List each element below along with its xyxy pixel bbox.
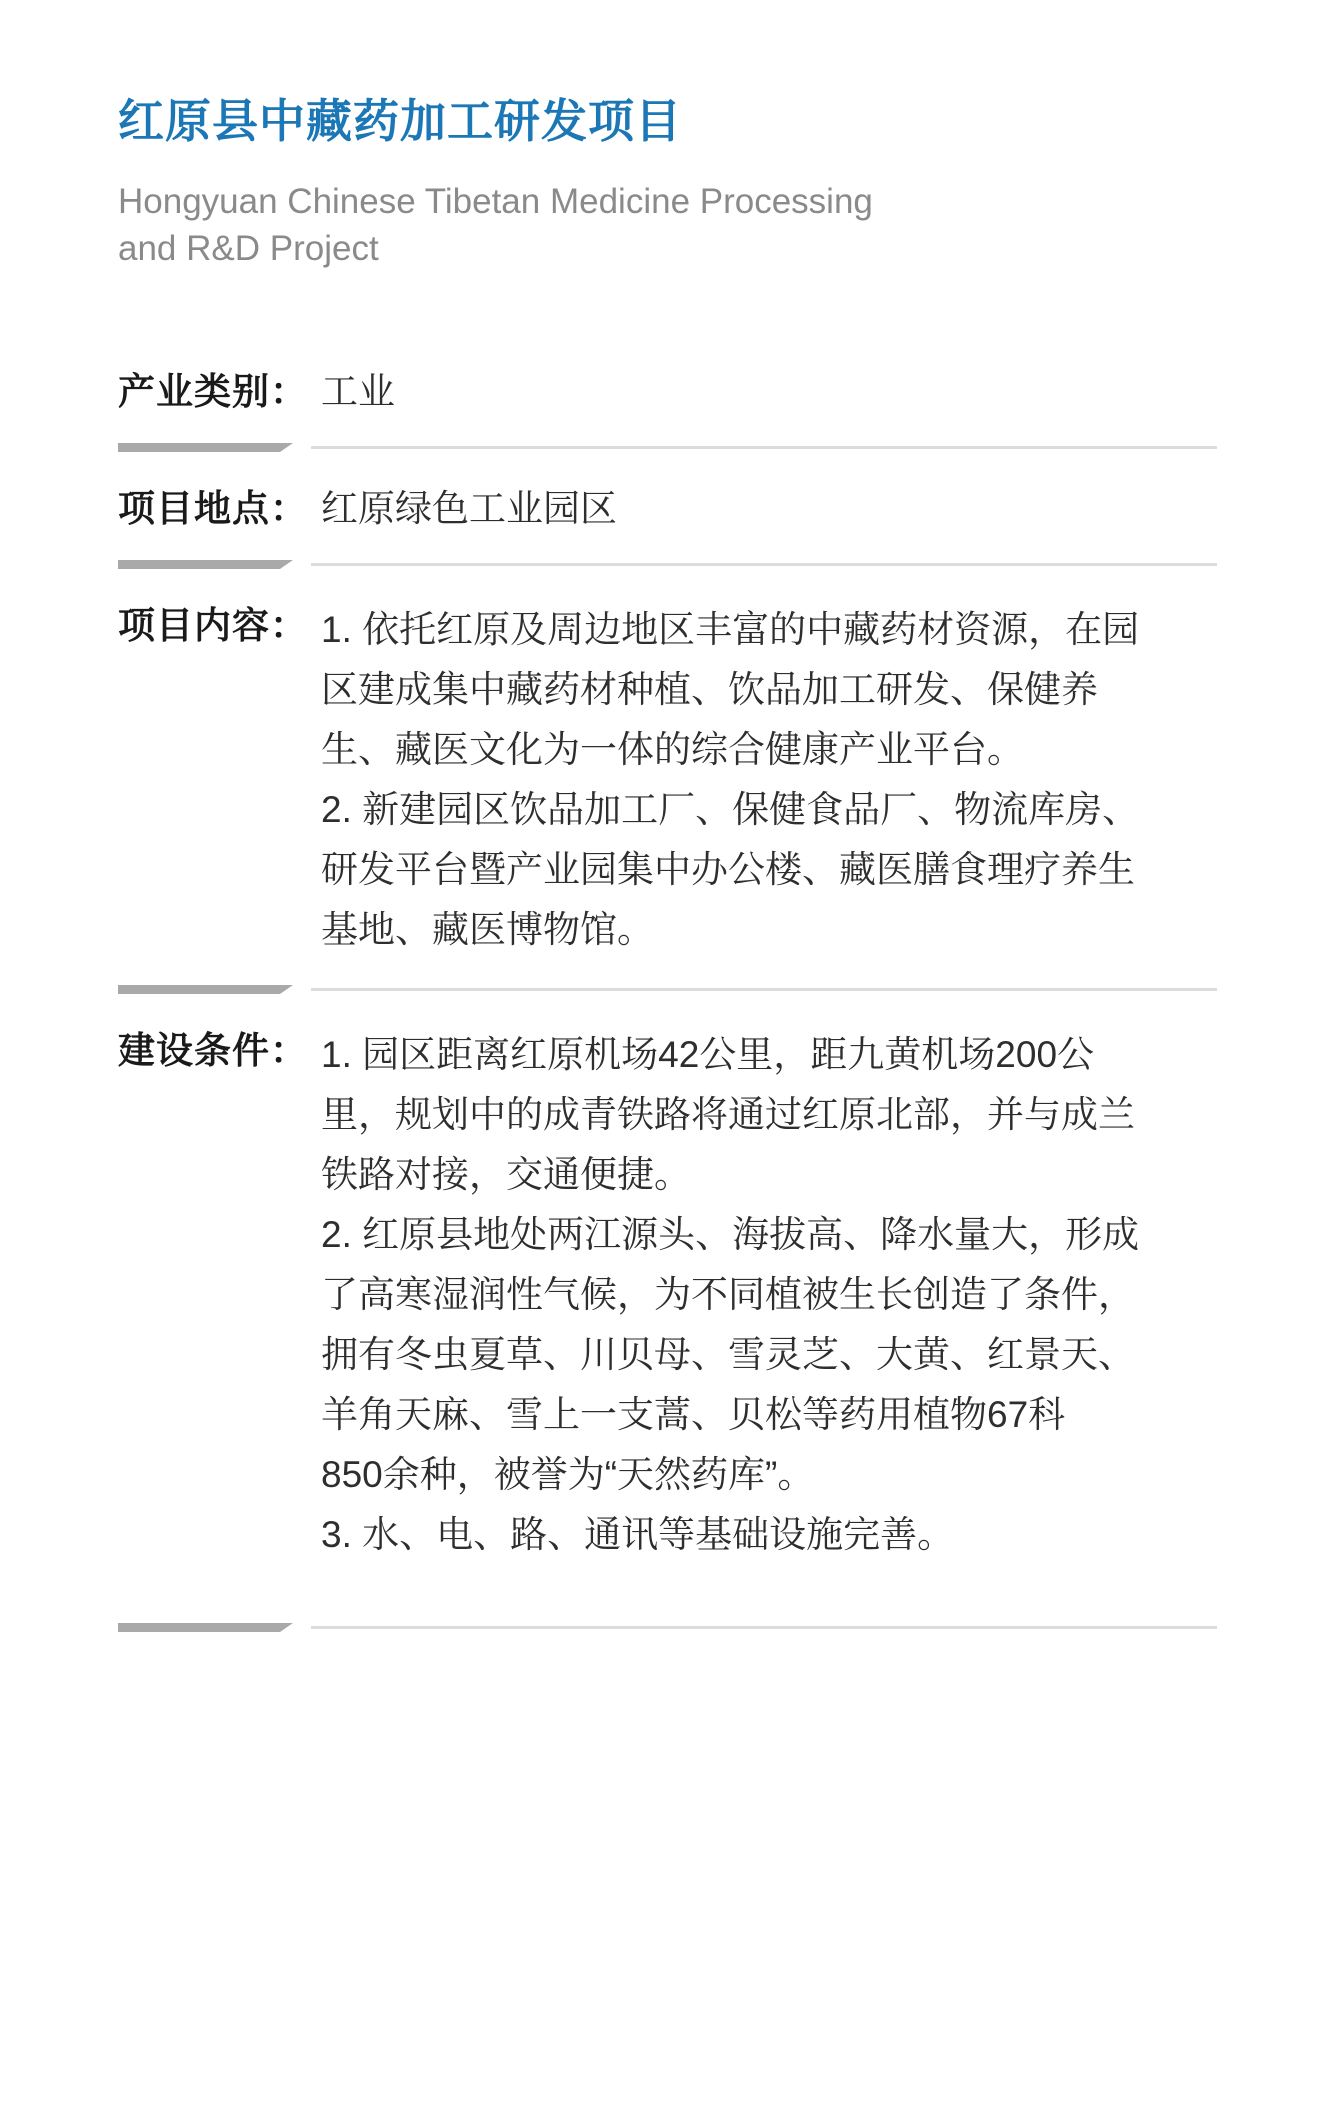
divider-line	[311, 446, 1217, 449]
section-row-project-content: 项目内容： 1. 依托红原及周边地区丰富的中藏药材资源，在园 区建成集中藏药材种…	[118, 600, 1217, 960]
content-line: 拥有冬虫夏草、川贝母、雪灵芝、大黄、红景天、	[321, 1325, 1217, 1385]
divider-bar	[118, 985, 293, 994]
content-line: 3. 水、电、路、通讯等基础设施完善。	[321, 1505, 1217, 1565]
content-line: 铁路对接，交通便捷。	[321, 1145, 1217, 1205]
document-page: 红原县中藏药加工研发项目 Hongyuan Chinese Tibetan Me…	[0, 0, 1334, 2102]
divider-line	[311, 1626, 1217, 1629]
content-line: 红原绿色工业园区	[321, 483, 1217, 535]
divider-bar	[118, 560, 293, 569]
section-list: 产业类别： 工业 项目地点： 红原绿色工业园区	[118, 366, 1217, 1632]
divider-line	[311, 563, 1217, 566]
section-label: 项目内容：	[118, 600, 321, 652]
section-label: 项目地点：	[118, 483, 321, 535]
section-content: 1. 园区距离红原机场42公里，距九黄机场200公 里，规划中的成青铁路将通过红…	[321, 1025, 1217, 1565]
section-label: 建设条件：	[118, 1025, 321, 1077]
section-content: 1. 依托红原及周边地区丰富的中藏药材资源，在园 区建成集中藏药材种植、饮品加工…	[321, 600, 1217, 960]
content-line: 了高寒湿润性气候，为不同植被生长创造了条件，	[321, 1265, 1217, 1325]
section-row-project-location: 项目地点： 红原绿色工业园区	[118, 483, 1217, 535]
content-line: 1. 园区距离红原机场42公里，距九黄机场200公	[321, 1025, 1217, 1085]
content-line: 2. 新建园区饮品加工厂、保健食品厂、物流库房、	[321, 780, 1217, 840]
section-content: 红原绿色工业园区	[321, 483, 1217, 535]
content-line: 基地、藏医博物馆。	[321, 900, 1217, 960]
content-line: 1. 依托红原及周边地区丰富的中藏药材资源，在园	[321, 600, 1217, 660]
section-row-industry-category: 产业类别： 工业	[118, 366, 1217, 418]
content-line: 里，规划中的成青铁路将通过红原北部，并与成兰	[321, 1085, 1217, 1145]
section-divider	[118, 560, 1217, 569]
page-title: 红原县中藏药加工研发项目	[118, 92, 1217, 150]
section-label: 产业类别：	[118, 366, 321, 418]
section-divider	[118, 1623, 1217, 1632]
content-line: 2. 红原县地处两江源头、海拔高、降水量大，形成	[321, 1205, 1217, 1265]
divider-bar	[118, 1623, 293, 1632]
content-line: 生、藏医文化为一体的综合健康产业平台。	[321, 720, 1217, 780]
section-divider	[118, 985, 1217, 994]
content-line: 工业	[321, 366, 1217, 418]
section-content: 工业	[321, 366, 1217, 418]
page-subtitle: Hongyuan Chinese Tibetan Medicine Proces…	[118, 178, 928, 272]
content-line: 850余种，被誉为“天然药库”。	[321, 1445, 1217, 1505]
content-line: 研发平台暨产业园集中办公楼、藏医膳食理疗养生	[321, 840, 1217, 900]
section-divider	[118, 443, 1217, 452]
divider-bar	[118, 443, 293, 452]
section-row-construction-conditions: 建设条件： 1. 园区距离红原机场42公里，距九黄机场200公 里，规划中的成青…	[118, 1025, 1217, 1565]
divider-line	[311, 988, 1217, 991]
page-content: 红原县中藏药加工研发项目 Hongyuan Chinese Tibetan Me…	[0, 0, 1334, 1632]
content-line: 羊角天麻、雪上一支蒿、贝松等药用植物67科	[321, 1385, 1217, 1445]
content-line: 区建成集中藏药材种植、饮品加工研发、保健养	[321, 660, 1217, 720]
